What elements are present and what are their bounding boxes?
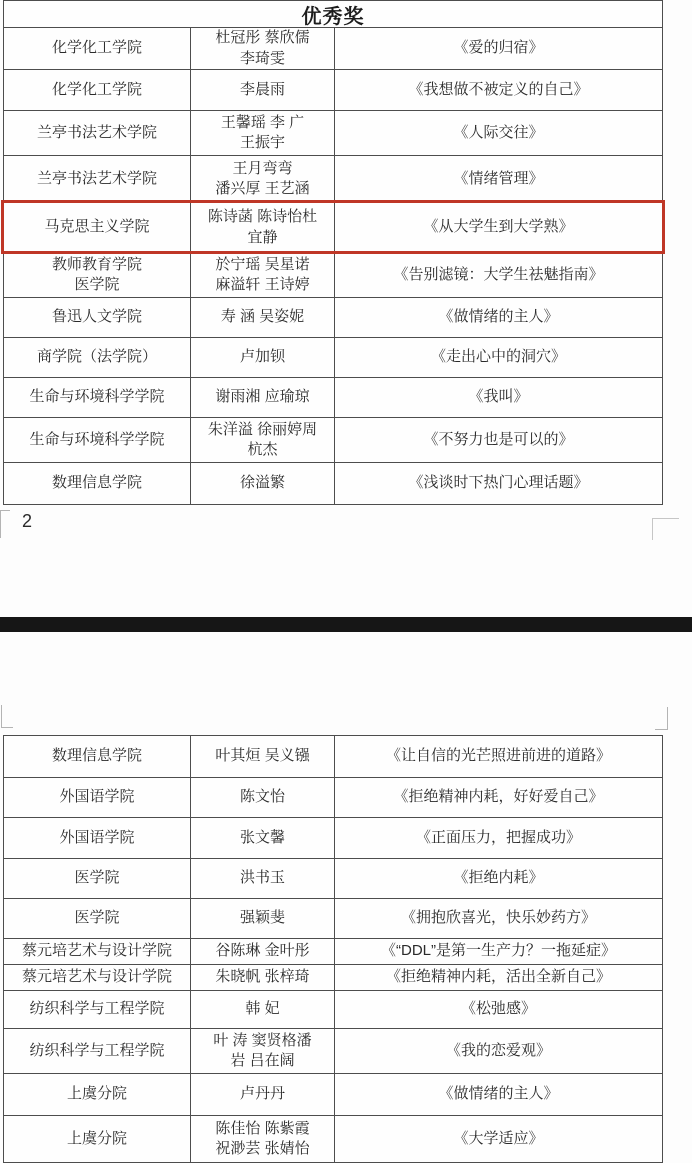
table-row: 生命与环境科学学院 朱洋溢 徐丽婷周 杭杰 《不努力也是可以的》 (4, 418, 662, 463)
table-row: 纺织科学与工程学院 韩 妃 《松弛感》 (4, 991, 662, 1029)
table-row: 化学化工学院 杜冠彤 蔡欣儒 李琦雯 《爱的归宿》 (4, 28, 662, 70)
table-row: 生命与环境科学学院 谢雨湘 应瑜琼 《我叫》 (4, 378, 662, 418)
work-title-cell: 《大学适应》 (335, 1116, 662, 1162)
work-title-cell: 《拒绝精神内耗，活出全新自己》 (335, 965, 662, 990)
names-cell: 寿 涵 吴姿妮 (191, 298, 335, 337)
table-row: 数理信息学院 叶其烜 吴义镪 《让自信的光芒照进前进的道路》 (4, 736, 662, 778)
table-row: 上虞分院 陈佳怡 陈紫霞 祝渺芸 张婧怡 《大学适应》 (4, 1116, 662, 1162)
names-cell: 洪书玉 (191, 859, 335, 898)
crop-mark-bottom-left (0, 510, 10, 538)
college-cell: 数理信息学院 (4, 736, 191, 777)
college-cell: 鲁迅人文学院 (4, 298, 191, 337)
names-cell: 杜冠彤 蔡欣儒 李琦雯 (191, 28, 335, 69)
table-row: 鲁迅人文学院 寿 涵 吴姿妮 《做情绪的主人》 (4, 298, 662, 338)
college-cell: 纺织科学与工程学院 (4, 991, 191, 1028)
work-title-cell: 《从大学生到大学熟》 (335, 203, 662, 252)
award-table-page2: 数理信息学院 叶其烜 吴义镪 《让自信的光芒照进前进的道路》 外国语学院 陈文怡… (3, 735, 663, 1163)
work-title-cell: 《我想做不被定义的自己》 (335, 70, 662, 110)
names-cell: 谷陈琳 金叶彤 (191, 939, 335, 964)
names-cell: 陈佳怡 陈紫霞 祝渺芸 张婧怡 (191, 1116, 335, 1162)
college-cell: 商学院（法学院） (4, 338, 191, 377)
work-title-cell: 《我叫》 (335, 378, 662, 417)
work-title-cell: 《拒绝精神内耗，好好爱自己》 (335, 778, 662, 817)
names-cell: 韩 妃 (191, 991, 335, 1028)
college-cell: 生命与环境科学学院 (4, 378, 191, 417)
college-cell: 纺织科学与工程学院 (4, 1029, 191, 1073)
work-title-cell: 《我的恋爱观》 (335, 1029, 662, 1073)
college-cell: 医学院 (4, 899, 191, 938)
table-row: 蔡元培艺术与设计学院 谷陈琳 金叶彤 《“DDL”是第一生产力？一拖延症》 (4, 939, 662, 965)
names-cell: 於宁瑶 吴星诺 麻溢轩 王诗婷 (191, 253, 335, 297)
names-cell: 陈诗菡 陈诗怡杜 宜静 (191, 203, 335, 252)
table-row: 商学院（法学院） 卢加钡 《走出心中的洞穴》 (4, 338, 662, 378)
college-cell: 生命与环境科学学院 (4, 418, 191, 462)
college-cell: 蔡元培艺术与设计学院 (4, 965, 191, 990)
college-cell: 数理信息学院 (4, 463, 191, 504)
page-number: 2 (22, 511, 32, 532)
work-title-cell: 《做情绪的主人》 (335, 298, 662, 337)
college-cell: 马克思主义学院 (4, 203, 191, 252)
names-cell: 谢雨湘 应瑜琼 (191, 378, 335, 417)
work-title-cell: 《爱的归宿》 (335, 28, 662, 69)
table-row: 纺织科学与工程学院 叶 涛 窦贤格潘 岩 吕在阔 《我的恋爱观》 (4, 1029, 662, 1074)
college-cell: 化学化工学院 (4, 28, 191, 69)
work-title-cell: 《“DDL”是第一生产力？一拖延症》 (335, 939, 662, 964)
college-cell: 外国语学院 (4, 818, 191, 858)
work-title-cell: 《走出心中的洞穴》 (335, 338, 662, 377)
table-row: 蔡元培艺术与设计学院 朱晓帆 张梓琦 《拒绝精神内耗，活出全新自己》 (4, 965, 662, 991)
college-cell: 蔡元培艺术与设计学院 (4, 939, 191, 964)
crop-mark-bottom-right (652, 518, 679, 540)
names-cell: 张文馨 (191, 818, 335, 858)
work-title-cell: 《拥抱欣喜光，快乐妙药方》 (335, 899, 662, 938)
college-cell: 兰亭书法艺术学院 (4, 156, 191, 202)
table-row: 医学院 强颖斐 《拥抱欣喜光，快乐妙药方》 (4, 899, 662, 939)
names-cell: 王馨瑶 李 广 王振宇 (191, 111, 335, 155)
college-cell: 上虞分院 (4, 1074, 191, 1115)
work-title-cell: 《正面压力，把握成功》 (335, 818, 662, 858)
names-cell: 卢加钡 (191, 338, 335, 377)
names-cell: 卢丹丹 (191, 1074, 335, 1115)
work-title-cell: 《做情绪的主人》 (335, 1074, 662, 1115)
table-row: 上虞分院 卢丹丹 《做情绪的主人》 (4, 1074, 662, 1116)
table-row: 数理信息学院 徐溢繁 《浅谈时下热门心理话题》 (4, 463, 662, 504)
table-row-highlighted: 马克思主义学院 陈诗菡 陈诗怡杜 宜静 《从大学生到大学熟》 (4, 203, 662, 253)
table-row: 兰亭书法艺术学院 王馨瑶 李 广 王振宇 《人际交往》 (4, 111, 662, 156)
college-cell: 医学院 (4, 859, 191, 898)
names-cell: 李晨雨 (191, 70, 335, 110)
work-title-cell: 《让自信的光芒照进前进的道路》 (335, 736, 662, 777)
page-separator-bar (0, 617, 692, 632)
table-row: 医学院 洪书玉 《拒绝内耗》 (4, 859, 662, 899)
work-title-cell: 《浅谈时下热门心理话题》 (335, 463, 662, 504)
college-cell: 化学化工学院 (4, 70, 191, 110)
names-cell: 朱洋溢 徐丽婷周 杭杰 (191, 418, 335, 462)
work-title-cell: 《松弛感》 (335, 991, 662, 1028)
table-row: 外国语学院 陈文怡 《拒绝精神内耗，好好爱自己》 (4, 778, 662, 818)
names-cell: 朱晓帆 张梓琦 (191, 965, 335, 990)
work-title-cell: 《告别滤镜：大学生祛魅指南》 (335, 253, 662, 297)
table-row: 兰亭书法艺术学院 王月弯弯 潘兴厚 王艺涵 《情绪管理》 (4, 156, 662, 203)
section-title: 优秀奖 (4, 1, 662, 28)
document-view: 优秀奖 化学化工学院 杜冠彤 蔡欣儒 李琦雯 《爱的归宿》 化学化工学院 李晨雨… (0, 0, 692, 1163)
award-table-page1: 优秀奖 化学化工学院 杜冠彤 蔡欣儒 李琦雯 《爱的归宿》 化学化工学院 李晨雨… (3, 0, 663, 505)
college-cell: 兰亭书法艺术学院 (4, 111, 191, 155)
work-title-cell: 《拒绝内耗》 (335, 859, 662, 898)
table-row: 化学化工学院 李晨雨 《我想做不被定义的自己》 (4, 70, 662, 111)
names-cell: 叶 涛 窦贤格潘 岩 吕在阔 (191, 1029, 335, 1073)
names-cell: 徐溢繁 (191, 463, 335, 504)
table-row: 外国语学院 张文馨 《正面压力，把握成功》 (4, 818, 662, 859)
crop-mark-top-right (655, 707, 668, 730)
work-title-cell: 《人际交往》 (335, 111, 662, 155)
names-cell: 陈文怡 (191, 778, 335, 817)
college-cell: 上虞分院 (4, 1116, 191, 1162)
college-cell: 外国语学院 (4, 778, 191, 817)
work-title-cell: 《不努力也是可以的》 (335, 418, 662, 462)
names-cell: 强颖斐 (191, 899, 335, 938)
work-title-cell: 《情绪管理》 (335, 156, 662, 202)
table-row: 教师教育学院 医学院 於宁瑶 吴星诺 麻溢轩 王诗婷 《告别滤镜：大学生祛魅指南… (4, 253, 662, 298)
college-cell: 教师教育学院 医学院 (4, 253, 191, 297)
crop-mark-top-left (1, 705, 13, 728)
names-cell: 王月弯弯 潘兴厚 王艺涵 (191, 156, 335, 202)
names-cell: 叶其烜 吴义镪 (191, 736, 335, 777)
